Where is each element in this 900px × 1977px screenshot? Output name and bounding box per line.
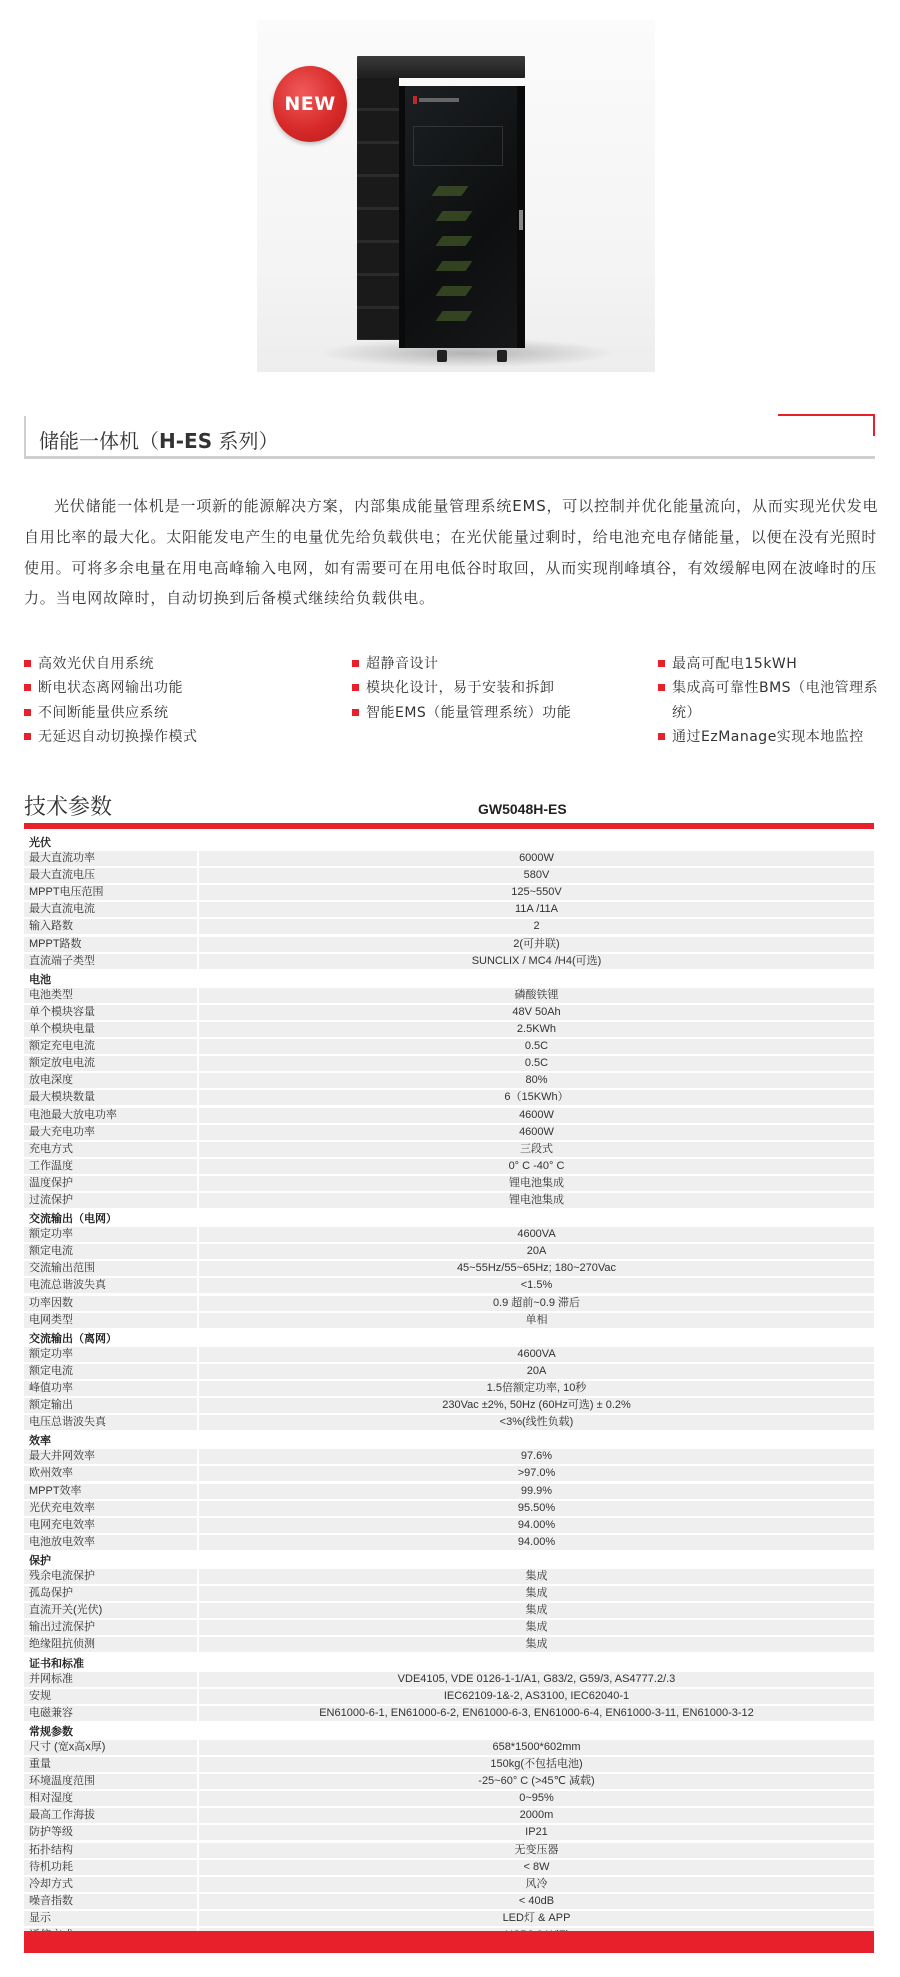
spec-value: 48V 50Ah — [199, 1005, 874, 1020]
table-row: 最大模块数量6（15KWh） — [24, 1090, 874, 1107]
spec-label: 额定充电电流 — [24, 1039, 197, 1054]
feature-text: 智能EMS（能量管理系统）功能 — [366, 705, 571, 721]
spec-value: 99.9% — [199, 1484, 874, 1499]
spec-label: MPPT电压范围 — [24, 885, 197, 900]
bullet-square-icon — [24, 660, 31, 667]
table-row: 过流保护锂电池集成 — [24, 1193, 874, 1210]
spec-value: VDE4105, VDE 0126-1-1/A1, G83/2, G59/3, … — [199, 1672, 874, 1687]
door-handle-icon — [519, 210, 523, 230]
table-row: 最大充电功率4600W — [24, 1125, 874, 1142]
spec-section-title: 技术参数 — [24, 790, 112, 821]
spec-value: 45~55Hz/55~65Hz; 180~270Vac — [199, 1261, 874, 1276]
spec-value: 2000m — [199, 1808, 874, 1823]
spec-group-header: 证书和标准 — [24, 1655, 874, 1672]
spec-label: 最高工作海拔 — [24, 1808, 197, 1823]
bullet-square-icon — [352, 684, 359, 691]
product-image: NEW — [257, 20, 655, 372]
spec-value: 94.00% — [199, 1535, 874, 1550]
table-row: 光伏充电效率95.50% — [24, 1501, 874, 1518]
feature-text: 高效光伏自用系统 — [38, 656, 154, 672]
cabinet-display-panel — [413, 126, 503, 166]
table-row: 充电方式三段式 — [24, 1142, 874, 1159]
spec-label: 输出过流保护 — [24, 1620, 197, 1635]
spec-value: 锂电池集成 — [199, 1176, 874, 1191]
table-row: 并网标准VDE4105, VDE 0126-1-1/A1, G83/2, G59… — [24, 1672, 874, 1689]
spec-label: 尺寸 (宽x高x厚) — [24, 1740, 197, 1755]
feature-item: 断电状态离网输出功能 — [24, 676, 198, 700]
table-row: 残余电流保护集成 — [24, 1569, 874, 1586]
battery-stripe-icon — [435, 261, 472, 271]
spec-group-header: 效率 — [24, 1432, 874, 1449]
spec-label: 电池最大放电功率 — [24, 1108, 197, 1123]
feature-text: 不间断能量供应系统 — [38, 705, 169, 721]
spec-label: 充电方式 — [24, 1142, 197, 1157]
spec-value: LED灯 & APP — [199, 1911, 874, 1926]
table-row: 电池最大放电功率4600W — [24, 1108, 874, 1125]
spec-label: 放电深度 — [24, 1073, 197, 1088]
battery-stripe-icon — [431, 186, 468, 196]
spec-value: 0.5C — [199, 1039, 874, 1054]
table-row: MPPT效率99.9% — [24, 1484, 874, 1501]
table-row: 交流输出范围45~55Hz/55~65Hz; 180~270Vac — [24, 1261, 874, 1278]
table-row: 欧州效率>97.0% — [24, 1466, 874, 1483]
spec-label: 单个模块电量 — [24, 1022, 197, 1037]
spec-label: 环境温度范围 — [24, 1774, 197, 1789]
table-row: 环境温度范围-25~60° C (>45℃ 减载) — [24, 1774, 874, 1791]
spec-label: MPPT路数 — [24, 937, 197, 952]
spec-label: 冷却方式 — [24, 1877, 197, 1892]
table-row: 单个模块电量2.5KWh — [24, 1022, 874, 1039]
spec-group-header: 常规参数 — [24, 1723, 874, 1740]
spec-value: 0.5C — [199, 1056, 874, 1071]
spec-value: EN61000-6-1, EN61000-6-2, EN61000-6-3, E… — [199, 1706, 874, 1721]
table-row: 额定电流20A — [24, 1364, 874, 1381]
table-row: 电网充电效率94.00% — [24, 1518, 874, 1535]
spec-label: 额定放电电流 — [24, 1056, 197, 1071]
feature-text: 无延迟自动切换操作模式 — [38, 729, 198, 745]
table-row: MPPT电压范围125~550V — [24, 885, 874, 902]
battery-stripe-icon — [435, 286, 472, 296]
spec-value: 80% — [199, 1073, 874, 1088]
table-row: 拓扑结构无变压器 — [24, 1843, 874, 1860]
table-row: 输入路数2 — [24, 919, 874, 936]
spec-label: 额定功率 — [24, 1227, 197, 1242]
bullet-square-icon — [658, 660, 665, 667]
table-row: 放电深度80% — [24, 1073, 874, 1090]
spec-value: 150kg(不包括电池) — [199, 1757, 874, 1772]
table-row: 额定输出230Vac ±2%, 50Hz (60Hz可选) ± 0.2% — [24, 1398, 874, 1415]
spec-label: 防护等级 — [24, 1825, 197, 1840]
spec-label: 峰值功率 — [24, 1381, 197, 1396]
table-row: 电磁兼容EN61000-6-1, EN61000-6-2, EN61000-6-… — [24, 1706, 874, 1723]
table-row: 输出过流保护集成 — [24, 1620, 874, 1637]
spec-value: 4600W — [199, 1125, 874, 1140]
spec-label: 显示 — [24, 1911, 197, 1926]
bullet-square-icon — [658, 733, 665, 740]
battery-stripe-icon — [435, 211, 472, 221]
spec-label: 电流总谐波失真 — [24, 1278, 197, 1293]
spec-value: 集成 — [199, 1569, 874, 1584]
spec-value: 磷酸铁锂 — [199, 988, 874, 1003]
spec-label: 残余电流保护 — [24, 1569, 197, 1584]
title-series: H-ES — [159, 429, 212, 453]
spec-footer-bar — [24, 1931, 874, 1953]
spec-value: 集成 — [199, 1637, 874, 1652]
spec-label: 电池类型 — [24, 988, 197, 1003]
page-title: 储能一体机（H-ES 系列） — [39, 425, 278, 454]
spec-group-header: 光伏 — [24, 834, 874, 851]
table-row: 绝缘阻抗侦测集成 — [24, 1637, 874, 1654]
spec-label: 最大直流功率 — [24, 851, 197, 866]
table-row: 最大直流功率6000W — [24, 851, 874, 868]
spec-label: 输入路数 — [24, 919, 197, 934]
wheel-icon — [437, 350, 447, 362]
spec-value: 125~550V — [199, 885, 874, 900]
spec-value: 2 — [199, 919, 874, 934]
spec-value: 0° C -40° C — [199, 1159, 874, 1174]
spec-label: 最大直流电压 — [24, 868, 197, 883]
feature-item: 集成高可靠性BMS（电池管理系统） — [658, 676, 880, 725]
cabinet-top — [357, 56, 525, 78]
spec-value: -25~60° C (>45℃ 减载) — [199, 1774, 874, 1789]
spec-label: 最大模块数量 — [24, 1090, 197, 1105]
spec-value: 单相 — [199, 1313, 874, 1328]
table-row: 冷却方式风冷 — [24, 1877, 874, 1894]
spec-table: 光伏最大直流功率6000W最大直流电压580VMPPT电压范围125~550V最… — [24, 834, 874, 1945]
intro-paragraph: 光伏储能一体机是一项新的能源解决方案，内部集成能量管理系统EMS，可以控制并优化… — [24, 491, 880, 614]
table-row: 孤岛保护集成 — [24, 1586, 874, 1603]
feature-column-1: 高效光伏自用系统 断电状态离网输出功能 不间断能量供应系统 无延迟自动切换操作模… — [24, 652, 198, 749]
spec-value: 0~95% — [199, 1791, 874, 1806]
spec-model-name: GW5048H-ES — [478, 801, 567, 817]
spec-value: 20A — [199, 1244, 874, 1259]
spec-label: 电网充电效率 — [24, 1518, 197, 1533]
feature-column-2: 超静音设计 模块化设计，易于安装和拆卸 智能EMS（能量管理系统）功能 — [352, 652, 571, 725]
table-row: 电池类型磷酸铁锂 — [24, 988, 874, 1005]
table-row: 防护等级IP21 — [24, 1825, 874, 1842]
feature-item: 超静音设计 — [352, 652, 571, 676]
spec-label: 绝缘阻抗侦测 — [24, 1637, 197, 1652]
table-row: 最高工作海拔2000m — [24, 1808, 874, 1825]
table-row: 待机功耗< 8W — [24, 1860, 874, 1877]
feature-item: 高效光伏自用系统 — [24, 652, 198, 676]
spec-value: 6000W — [199, 851, 874, 866]
spec-value: <1.5% — [199, 1278, 874, 1293]
spec-label: MPPT效率 — [24, 1484, 197, 1499]
feature-text: 集成高可靠性BMS（电池管理系统） — [672, 680, 878, 720]
table-row: 额定充电电流0.5C — [24, 1039, 874, 1056]
feature-text: 超静音设计 — [366, 656, 439, 672]
spec-label: 电压总谐波失真 — [24, 1415, 197, 1430]
bullet-square-icon — [24, 709, 31, 716]
feature-item: 无延迟自动切换操作模式 — [24, 725, 198, 749]
spec-label: 拓扑结构 — [24, 1843, 197, 1858]
spec-label: 直流端子类型 — [24, 954, 197, 969]
table-row: 直流开关(光伏)集成 — [24, 1603, 874, 1620]
spec-value: 4600VA — [199, 1347, 874, 1362]
spec-value: <3%(线性负载) — [199, 1415, 874, 1430]
table-row: 功率因数0.9 超前~0.9 滞后 — [24, 1296, 874, 1313]
battery-stripe-icon — [435, 311, 472, 321]
table-row: 电压总谐波失真<3%(线性负载) — [24, 1415, 874, 1432]
spec-value: 集成 — [199, 1586, 874, 1601]
bullet-square-icon — [658, 684, 665, 691]
feature-item: 模块化设计，易于安装和拆卸 — [352, 676, 571, 700]
table-row: 重量150kg(不包括电池) — [24, 1757, 874, 1774]
spec-label: 相对湿度 — [24, 1791, 197, 1806]
spec-label: 额定电流 — [24, 1244, 197, 1259]
spec-value: 1.5倍额定功率, 10秒 — [199, 1381, 874, 1396]
table-row: MPPT路数2(可并联) — [24, 937, 874, 954]
table-row: 最大直流电流11A /11A — [24, 902, 874, 919]
table-row: 额定放电电流0.5C — [24, 1056, 874, 1073]
brand-logo-icon — [419, 98, 459, 102]
section-heading: 储能一体机（H-ES 系列） — [24, 416, 875, 459]
table-row: 安规IEC62109-1&-2, AS3100, IEC62040-1 — [24, 1689, 874, 1706]
spec-value: 94.00% — [199, 1518, 874, 1533]
battery-stripe-icon — [435, 236, 472, 246]
feature-item: 最高可配电15kWH — [658, 652, 880, 676]
title-prefix: 储能一体机（ — [39, 429, 159, 453]
spec-group-header: 交流输出（电网） — [24, 1210, 874, 1227]
table-row: 工作温度0° C -40° C — [24, 1159, 874, 1176]
spec-value: 97.6% — [199, 1449, 874, 1464]
title-suffix: 系列） — [212, 429, 278, 453]
spec-value: 2(可并联) — [199, 937, 874, 952]
table-row: 电流总谐波失真<1.5% — [24, 1278, 874, 1295]
new-badge: NEW — [273, 66, 347, 142]
feature-item: 通过EzManage实现本地监控 — [658, 725, 880, 749]
spec-label: 重量 — [24, 1757, 197, 1772]
table-row: 电网类型单相 — [24, 1313, 874, 1330]
cabinet-side-vents — [357, 78, 399, 340]
spec-value: SUNCLIX / MC4 /H4(可选) — [199, 954, 874, 969]
spec-value: 20A — [199, 1364, 874, 1379]
spec-value: 2.5KWh — [199, 1022, 874, 1037]
spec-value: < 40dB — [199, 1894, 874, 1909]
spec-label: 电池放电效率 — [24, 1535, 197, 1550]
table-row: 最大并网效率97.6% — [24, 1449, 874, 1466]
spec-label: 额定功率 — [24, 1347, 197, 1362]
table-row: 尺寸 (宽x高x厚)658*1500*602mm — [24, 1740, 874, 1757]
spec-value: 三段式 — [199, 1142, 874, 1157]
spec-value: 0.9 超前~0.9 滞后 — [199, 1296, 874, 1311]
feature-item: 智能EMS（能量管理系统）功能 — [352, 701, 571, 725]
spec-label: 额定输出 — [24, 1398, 197, 1413]
spec-value: 风冷 — [199, 1877, 874, 1892]
wheel-icon — [497, 350, 507, 362]
spec-value: 95.50% — [199, 1501, 874, 1516]
spec-value: 集成 — [199, 1620, 874, 1635]
table-row: 电池放电效率94.00% — [24, 1535, 874, 1552]
spec-value: 4600VA — [199, 1227, 874, 1242]
spec-group-header: 保护 — [24, 1552, 874, 1569]
bullet-square-icon — [24, 684, 31, 691]
bullet-square-icon — [352, 660, 359, 667]
spec-label: 欧州效率 — [24, 1466, 197, 1481]
table-row: 温度保护锂电池集成 — [24, 1176, 874, 1193]
table-row: 额定功率4600VA — [24, 1347, 874, 1364]
spec-label: 最大并网效率 — [24, 1449, 197, 1464]
spec-value: 锂电池集成 — [199, 1193, 874, 1208]
cabinet-front-door — [399, 86, 525, 348]
spec-value: >97.0% — [199, 1466, 874, 1481]
feature-text: 通过EzManage实现本地监控 — [672, 729, 864, 745]
spec-label: 待机功耗 — [24, 1860, 197, 1875]
spec-label: 最大充电功率 — [24, 1125, 197, 1140]
spec-label: 额定电流 — [24, 1364, 197, 1379]
feature-item: 不间断能量供应系统 — [24, 701, 198, 725]
spec-value: 658*1500*602mm — [199, 1740, 874, 1755]
feature-text: 最高可配电15kWH — [672, 656, 797, 672]
spec-value: 580V — [199, 868, 874, 883]
table-row: 噪音指数< 40dB — [24, 1894, 874, 1911]
feature-text: 模块化设计，易于安装和拆卸 — [366, 680, 555, 696]
table-row: 额定电流20A — [24, 1244, 874, 1261]
table-row: 额定功率4600VA — [24, 1227, 874, 1244]
spec-label: 直流开关(光伏) — [24, 1603, 197, 1618]
spec-value: 集成 — [199, 1603, 874, 1618]
spec-label: 光伏充电效率 — [24, 1501, 197, 1516]
table-row: 单个模块容量48V 50Ah — [24, 1005, 874, 1022]
table-row: 直流端子类型SUNCLIX / MC4 /H4(可选) — [24, 954, 874, 971]
spec-label: 最大直流电流 — [24, 902, 197, 917]
spec-label: 电网类型 — [24, 1313, 197, 1328]
feature-text: 断电状态离网输出功能 — [38, 680, 183, 696]
spec-value: 6（15KWh） — [199, 1090, 874, 1105]
spec-value: IP21 — [199, 1825, 874, 1840]
bullet-square-icon — [24, 733, 31, 740]
spec-label: 噪音指数 — [24, 1894, 197, 1909]
spec-group-header: 电池 — [24, 971, 874, 988]
table-row: 显示LED灯 & APP — [24, 1911, 874, 1928]
spec-label: 并网标准 — [24, 1672, 197, 1687]
table-row: 相对湿度0~95% — [24, 1791, 874, 1808]
spec-group-header: 交流输出（离网） — [24, 1330, 874, 1347]
spec-label: 工作温度 — [24, 1159, 197, 1174]
spec-label: 过流保护 — [24, 1193, 197, 1208]
table-row: 最大直流电压580V — [24, 868, 874, 885]
red-corner-decoration — [778, 414, 875, 436]
spec-label: 温度保护 — [24, 1176, 197, 1191]
spec-label: 交流输出范围 — [24, 1261, 197, 1276]
spec-label: 电磁兼容 — [24, 1706, 197, 1721]
feature-column-3: 最高可配电15kWH 集成高可靠性BMS（电池管理系统） 通过EzManage实… — [658, 652, 880, 749]
spec-value: 无变压器 — [199, 1843, 874, 1858]
spec-value: 4600W — [199, 1108, 874, 1123]
spec-value: IEC62109-1&-2, AS3100, IEC62040-1 — [199, 1689, 874, 1704]
spec-value: 11A /11A — [199, 902, 874, 917]
spec-label: 安规 — [24, 1689, 197, 1704]
spec-label: 单个模块容量 — [24, 1005, 197, 1020]
spec-label: 功率因数 — [24, 1296, 197, 1311]
spec-header-bar — [24, 823, 874, 829]
spec-value: 230Vac ±2%, 50Hz (60Hz可选) ± 0.2% — [199, 1398, 874, 1413]
spec-label: 孤岛保护 — [24, 1586, 197, 1601]
table-row: 峰值功率1.5倍额定功率, 10秒 — [24, 1381, 874, 1398]
bullet-square-icon — [352, 709, 359, 716]
spec-value: < 8W — [199, 1860, 874, 1875]
